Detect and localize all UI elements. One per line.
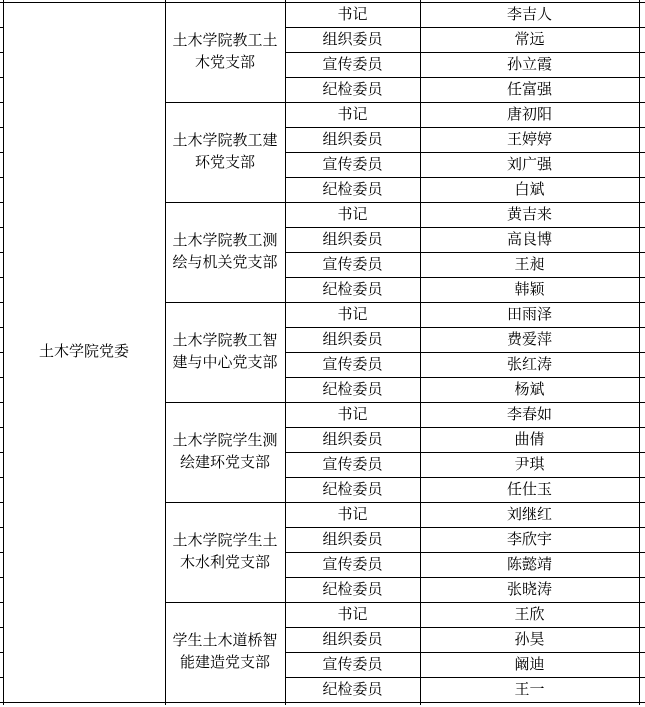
row-tick-left — [0, 302, 3, 327]
row-tick-left — [0, 352, 3, 377]
role-cell: 纪检委员 — [285, 177, 420, 202]
row-tick-right — [639, 577, 645, 602]
row-tick-left — [0, 602, 3, 627]
role-cell: 宣传委员 — [285, 552, 420, 577]
role-cell: 组织委员 — [285, 27, 420, 52]
grid-tick — [639, 702, 645, 705]
member-name-cell: 田雨泽 — [420, 302, 639, 327]
role-cell: 纪检委员 — [285, 477, 420, 502]
role-cell: 纪检委员 — [285, 77, 420, 102]
member-name-cell: 王婷婷 — [420, 127, 639, 152]
role-cell: 宣传委员 — [285, 352, 420, 377]
row-tick-left — [0, 102, 3, 127]
row-tick-right — [639, 27, 645, 52]
row-tick-left — [0, 277, 3, 302]
row-tick-right — [639, 227, 645, 252]
role-cell: 纪检委员 — [285, 277, 420, 302]
row-tick-right — [639, 452, 645, 477]
row-tick-left — [0, 552, 3, 577]
role-cell: 宣传委员 — [285, 52, 420, 77]
member-name-cell: 孙立霞 — [420, 52, 639, 77]
row-tick-right — [639, 152, 645, 177]
row-tick-left — [0, 152, 3, 177]
role-cell: 组织委员 — [285, 427, 420, 452]
row-tick-left — [0, 477, 3, 502]
role-cell: 组织委员 — [285, 627, 420, 652]
member-name-cell: 孙昊 — [420, 627, 639, 652]
role-cell: 书记 — [285, 402, 420, 427]
member-name-cell: 任富强 — [420, 77, 639, 102]
member-name-cell: 张晓涛 — [420, 577, 639, 602]
row-tick-right — [639, 477, 645, 502]
row-tick-right — [639, 427, 645, 452]
row-tick-left — [0, 527, 3, 552]
row-tick-right — [639, 552, 645, 577]
row-tick-right — [639, 102, 645, 127]
member-name-cell: 张红涛 — [420, 352, 639, 377]
row-tick-right — [639, 377, 645, 402]
row-tick-left — [0, 627, 3, 652]
branch-cell: 土木学院学生土木水利党支部 — [165, 502, 285, 602]
row-tick-left — [0, 427, 3, 452]
member-name-cell: 刘继红 — [420, 502, 639, 527]
row-tick-left — [0, 652, 3, 677]
row-tick-left — [0, 677, 3, 702]
grid-tick — [165, 702, 285, 705]
row-tick-right — [639, 627, 645, 652]
role-cell: 书记 — [285, 202, 420, 227]
member-name-cell: 高良博 — [420, 227, 639, 252]
branch-cell: 土木学院教工建环党支部 — [165, 102, 285, 202]
row-tick-right — [639, 127, 645, 152]
row-tick-left — [0, 402, 3, 427]
role-cell: 宣传委员 — [285, 152, 420, 177]
row-tick-left — [0, 227, 3, 252]
member-name-cell: 李欣宇 — [420, 527, 639, 552]
role-cell: 纪检委员 — [285, 577, 420, 602]
row-tick-left — [0, 77, 3, 102]
grid-tick — [420, 702, 639, 705]
member-name-cell: 尹琪 — [420, 452, 639, 477]
row-tick-left — [0, 252, 3, 277]
row-tick-left — [0, 27, 3, 52]
role-cell: 宣传委员 — [285, 452, 420, 477]
member-name-cell: 王欣 — [420, 602, 639, 627]
grid-tick — [285, 702, 420, 705]
role-cell: 书记 — [285, 502, 420, 527]
row-tick-right — [639, 52, 645, 77]
row-tick-right — [639, 652, 645, 677]
row-tick-right — [639, 277, 645, 302]
branch-cell: 土木学院教工土木党支部 — [165, 2, 285, 102]
member-name-cell: 李吉人 — [420, 2, 639, 27]
role-cell: 纪检委员 — [285, 677, 420, 702]
member-name-cell: 唐初阳 — [420, 102, 639, 127]
cropped-row-below — [0, 702, 645, 705]
member-name-cell: 陈懿靖 — [420, 552, 639, 577]
member-name-cell: 曲倩 — [420, 427, 639, 452]
member-name-cell: 阚迪 — [420, 652, 639, 677]
branch-cell: 土木学院学生测绘建环党支部 — [165, 402, 285, 502]
row-tick-right — [639, 77, 645, 102]
role-cell: 组织委员 — [285, 227, 420, 252]
grid-tick — [3, 702, 165, 705]
table-row: 土木学院党委土木学院教工土木党支部书记李吉人 — [0, 2, 645, 27]
row-tick-right — [639, 402, 645, 427]
branch-cell: 土木学院教工测绘与机关党支部 — [165, 202, 285, 302]
member-name-cell: 白斌 — [420, 177, 639, 202]
row-tick-left — [0, 502, 3, 527]
row-tick-left — [0, 177, 3, 202]
row-tick-right — [639, 352, 645, 377]
role-cell: 书记 — [285, 2, 420, 27]
row-tick-left — [0, 52, 3, 77]
row-tick-left — [0, 202, 3, 227]
role-cell: 宣传委员 — [285, 652, 420, 677]
role-cell: 书记 — [285, 602, 420, 627]
member-name-cell: 任仕玉 — [420, 477, 639, 502]
member-name-cell: 杨斌 — [420, 377, 639, 402]
row-tick-right — [639, 327, 645, 352]
role-cell: 书记 — [285, 302, 420, 327]
party-branch-table-body: 土木学院党委土木学院教工土木党支部书记李吉人组织委员常远宣传委员孙立霞纪检委员任… — [0, 0, 645, 705]
row-tick-left — [0, 377, 3, 402]
member-name-cell: 王昶 — [420, 252, 639, 277]
branch-cell: 土木学院教工智建与中心党支部 — [165, 302, 285, 402]
row-tick-right — [639, 202, 645, 227]
row-tick-left — [0, 127, 3, 152]
role-cell: 纪检委员 — [285, 377, 420, 402]
role-cell: 宣传委员 — [285, 252, 420, 277]
member-name-cell: 刘广强 — [420, 152, 639, 177]
party-branch-table: 土木学院党委土木学院教工土木党支部书记李吉人组织委员常远宣传委员孙立霞纪检委员任… — [0, 0, 645, 705]
member-name-cell: 黄吉来 — [420, 202, 639, 227]
row-tick-right — [639, 177, 645, 202]
row-tick-left — [0, 577, 3, 602]
row-tick-right — [639, 602, 645, 627]
row-tick-right — [639, 302, 645, 327]
member-name-cell: 费爱萍 — [420, 327, 639, 352]
role-cell: 组织委员 — [285, 327, 420, 352]
row-tick-left — [0, 452, 3, 477]
committee-cell: 土木学院党委 — [3, 2, 165, 702]
row-tick-right — [639, 252, 645, 277]
row-tick-right — [639, 527, 645, 552]
role-cell: 组织委员 — [285, 127, 420, 152]
member-name-cell: 李春如 — [420, 402, 639, 427]
member-name-cell: 韩颖 — [420, 277, 639, 302]
member-name-cell: 常远 — [420, 27, 639, 52]
role-cell: 书记 — [285, 102, 420, 127]
role-cell: 组织委员 — [285, 527, 420, 552]
member-name-cell: 王一 — [420, 677, 639, 702]
row-tick-right — [639, 2, 645, 27]
row-tick-left — [0, 327, 3, 352]
document-page: 土木学院党委土木学院教工土木党支部书记李吉人组织委员常远宣传委员孙立霞纪检委员任… — [0, 0, 645, 707]
row-tick-right — [639, 677, 645, 702]
row-tick-right — [639, 502, 645, 527]
branch-cell: 学生土木道桥智能建造党支部 — [165, 602, 285, 702]
